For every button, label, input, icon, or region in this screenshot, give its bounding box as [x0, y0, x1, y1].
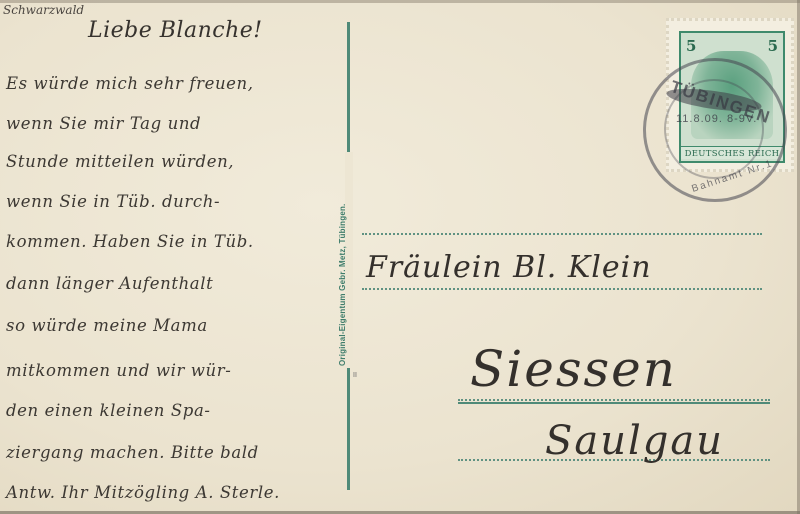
message-line: Stunde mitteilen würden,: [6, 152, 234, 171]
address-line-2: [362, 288, 762, 290]
salutation: Liebe Blanche!: [88, 18, 263, 43]
message-line: dann länger Aufenthalt: [6, 274, 213, 293]
postcard-back: Schwarzwald Liebe Blanche! Es würde mich…: [0, 0, 800, 514]
message-line: kommen. Haben Sie in Tüb.: [6, 232, 254, 251]
message-line: so würde meine Mama: [6, 316, 208, 335]
postmark-date: 11.8.09. 8-9V.: [676, 113, 757, 125]
address-line-1: [362, 233, 762, 235]
postmark-cancellation: TÜBINGEN 11.8.09. 8-9V. Bahnamt Nr.1: [643, 58, 787, 202]
corner-note: Schwarzwald: [3, 3, 84, 17]
message-line: mitkommen und wir wür-: [6, 361, 231, 380]
recipient-name: Fräulein Bl. Klein: [366, 250, 652, 285]
stamp-value-right: 5: [768, 37, 778, 55]
address-underline: [458, 402, 770, 404]
message-line: wenn Sie mir Tag und: [6, 114, 201, 133]
publisher-imprint: Original-Eigentum Gebr. Metz, Tübingen.: [338, 204, 347, 366]
message-line: ziergang machen. Bitte bald: [6, 443, 259, 462]
message-line: Es würde mich sehr freuen,: [6, 74, 254, 93]
address-line-3: [458, 399, 770, 401]
message-line: wenn Sie in Tüb. durch-: [6, 192, 220, 211]
recipient-region: Saulgau: [545, 418, 724, 464]
stamp-value-left: 5: [686, 37, 696, 55]
message-line: den einen kleinen Spa-: [6, 401, 211, 420]
card-edge-top: [0, 0, 800, 3]
publisher-mark: II: [353, 372, 357, 379]
recipient-town: Siessen: [470, 340, 677, 398]
signature: Antw. Ihr Mitzögling A. Sterle.: [6, 483, 280, 502]
